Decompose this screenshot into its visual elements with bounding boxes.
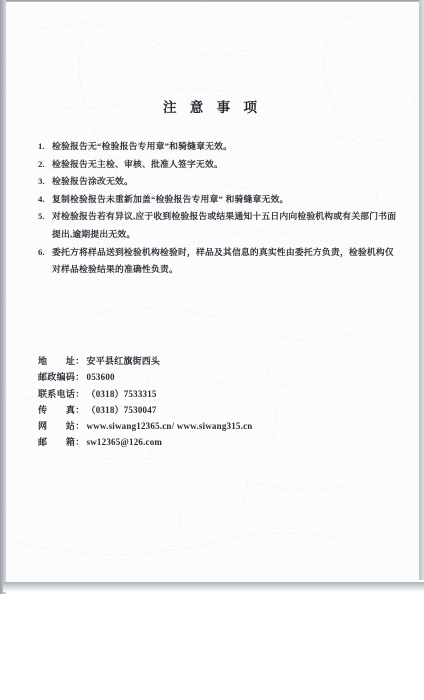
note-text: 对检验报告若有异议,应于收到检验报告或结果通知十五日内向检验机构或有关部门书面提… bbox=[52, 208, 398, 243]
note-item-3: 3. 检验报告涂改无效。 bbox=[38, 173, 398, 191]
contact-value: （0318）7533315 bbox=[87, 386, 157, 402]
scan-edge-left bbox=[0, 0, 6, 594]
paper-texture bbox=[6, 2, 419, 586]
contact-value: （0318）7530047 bbox=[87, 402, 157, 418]
note-item-1: 1. 检验报告无“检验报告专用章”和骑缝章无效。 bbox=[38, 138, 398, 156]
note-number: 5. bbox=[38, 208, 52, 243]
note-number: 4. bbox=[38, 191, 52, 209]
contact-label: 联系电话： bbox=[38, 386, 85, 402]
note-item-6: 6. 委托方将样品送到检验机构检验时，样品及其信息的真实性由委托方负责，检验机构… bbox=[38, 244, 398, 279]
paper-sheet: 注 意 事 项 1. 检验报告无“检验报告专用章”和骑缝章无效。 2. 检验报告… bbox=[6, 2, 419, 586]
note-text: 委托方将样品送到检验机构检验时，样品及其信息的真实性由委托方负责，检验机构仅对样… bbox=[52, 244, 398, 279]
contact-label: 邮 箱： bbox=[38, 434, 85, 450]
notes-list: 1. 检验报告无“检验报告专用章”和骑缝章无效。 2. 检验报告无主检、审核、批… bbox=[38, 138, 398, 279]
scan-edge-top bbox=[3, 0, 424, 2]
contact-postcode: 邮政编码： 053600 bbox=[38, 369, 378, 385]
contact-value: sw12365@126.com bbox=[87, 434, 163, 450]
contact-website: 网 站： www.siwang12365.cn/ www.siwang315.c… bbox=[38, 418, 378, 434]
note-text: 检验报告无主检、审核、批准人签字无效。 bbox=[52, 156, 398, 174]
contact-fax: 传 真： （0318）7530047 bbox=[38, 402, 378, 418]
contact-value: 安平县红旗街西头 bbox=[87, 353, 161, 369]
page-title: 注 意 事 项 bbox=[6, 96, 419, 116]
contact-email: 邮 箱： sw12365@126.com bbox=[38, 434, 378, 450]
contact-label: 邮政编码： bbox=[38, 369, 85, 385]
note-number: 6. bbox=[38, 244, 52, 279]
note-text: 检验报告无“检验报告专用章”和骑缝章无效。 bbox=[52, 138, 398, 156]
note-number: 1. bbox=[38, 138, 52, 156]
scanned-document-page: 注 意 事 项 1. 检验报告无“检验报告专用章”和骑缝章无效。 2. 检验报告… bbox=[0, 0, 424, 700]
contact-value: www.siwang12365.cn/ www.siwang315.cn bbox=[87, 418, 253, 434]
note-item-4: 4. 复制检验报告未重新加盖“检验报告专用章” 和骑缝章无效。 bbox=[38, 191, 398, 209]
contact-phone: 联系电话： （0318）7533315 bbox=[38, 386, 378, 402]
contact-address: 地 址： 安平县红旗街西头 bbox=[38, 353, 378, 369]
note-text: 检验报告涂改无效。 bbox=[52, 173, 398, 191]
contact-label: 传 真： bbox=[38, 402, 85, 418]
note-text: 复制检验报告未重新加盖“检验报告专用章” 和骑缝章无效。 bbox=[52, 191, 398, 209]
note-number: 3. bbox=[38, 173, 52, 191]
scan-edge-right bbox=[419, 0, 424, 580]
contact-label: 地 址： bbox=[38, 353, 85, 369]
contact-block: 地 址： 安平县红旗街西头 邮政编码： 053600 联系电话： （0318）7… bbox=[38, 353, 378, 451]
note-item-5: 5. 对检验报告若有异议,应于收到检验报告或结果通知十五日内向检验机构或有关部门… bbox=[38, 208, 398, 243]
note-number: 2. bbox=[38, 156, 52, 174]
contact-label: 网 站： bbox=[38, 418, 85, 434]
contact-value: 053600 bbox=[87, 369, 115, 385]
note-item-2: 2. 检验报告无主检、审核、批准人签字无效。 bbox=[38, 156, 398, 174]
scan-edge-bottom-shadow bbox=[3, 582, 424, 592]
